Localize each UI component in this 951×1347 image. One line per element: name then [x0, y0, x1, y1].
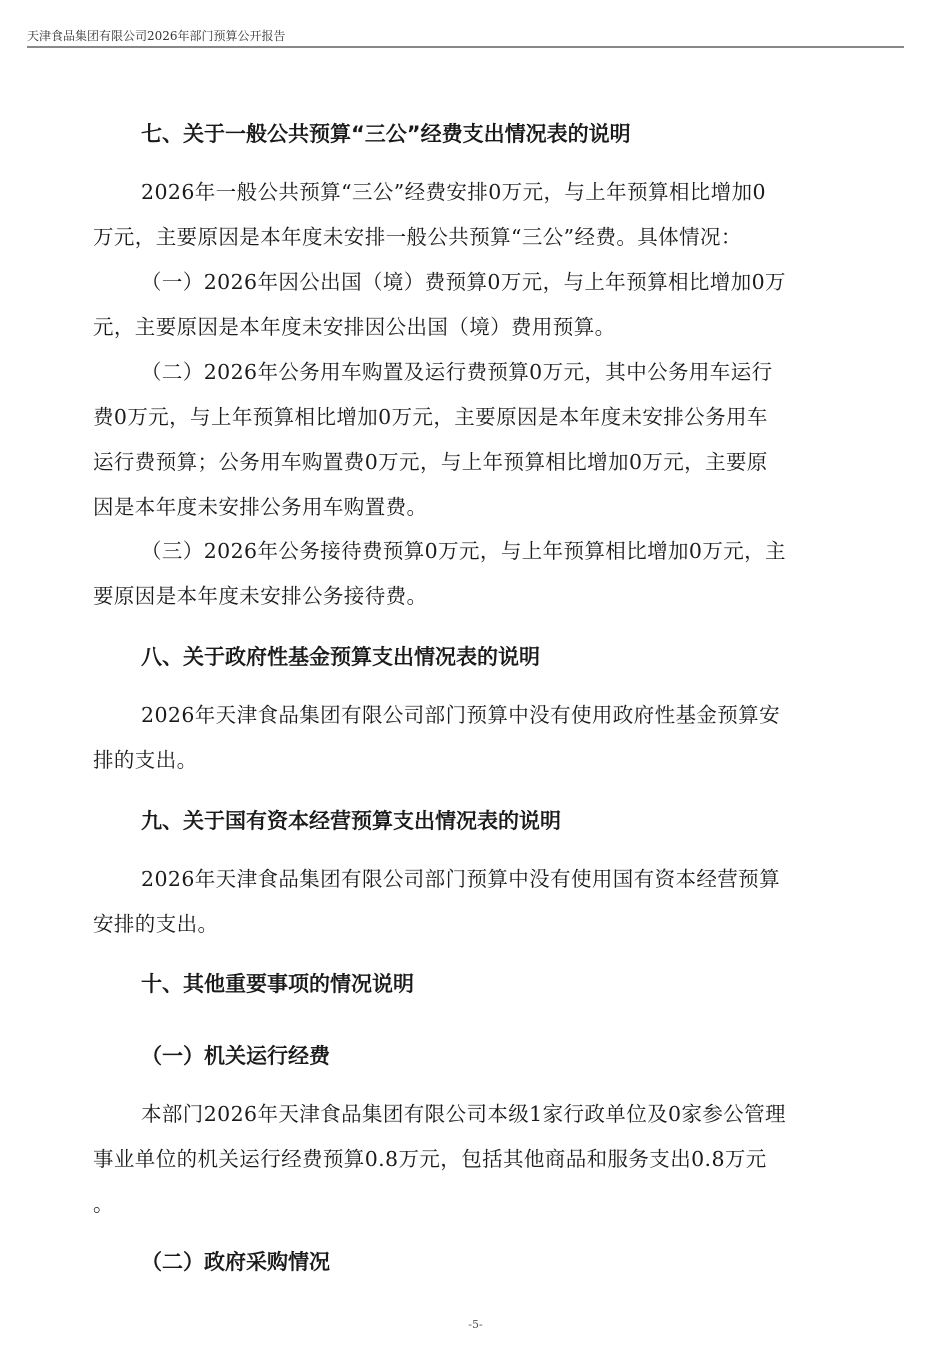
paragraph-line: 万元，主要原因是本年度未安排一般公共预算“三公”经费。具体情况：: [93, 215, 865, 260]
section-heading-7: 七、关于一般公共预算“三公”经费支出情况表的说明: [141, 118, 631, 148]
paragraph-state-capital: 2026年天津食品集团有限公司部门预算中没有使用国有资本经营预算 安排的支出。: [93, 857, 865, 947]
paragraph-line: 2026年一般公共预算“三公”经费安排0万元，与上年预算相比增加0: [93, 170, 865, 215]
paragraph-operating-expenses: 本部门2026年天津食品集团有限公司本级1家行政单位及0家参公管理 事业单位的机…: [93, 1092, 865, 1227]
section-heading-9: 九、关于国有资本经营预算支出情况表的说明: [141, 805, 561, 835]
paragraph-sangong-summary: 2026年一般公共预算“三公”经费安排0万元，与上年预算相比增加0 万元，主要原…: [93, 170, 865, 260]
paragraph-line: 2026年天津食品集团有限公司部门预算中没有使用政府性基金预算安: [93, 693, 865, 738]
paragraph-line: 费0万元，与上年预算相比增加0万元，主要原因是本年度未安排公务用车: [93, 395, 865, 440]
section-heading-8: 八、关于政府性基金预算支出情况表的说明: [141, 641, 540, 671]
paragraph-line: 2026年天津食品集团有限公司部门预算中没有使用国有资本经营预算: [93, 857, 865, 902]
paragraph-line: 事业单位的机关运行经费预算0.8万元，包括其他商品和服务支出0.8万元: [93, 1137, 865, 1182]
paragraph-line: （三）2026年公务接待费预算0万元，与上年预算相比增加0万元，主: [93, 529, 865, 574]
subsection-heading-procurement: （二）政府采购情况: [141, 1246, 330, 1276]
paragraph-line: 因是本年度未安排公务用车购置费。: [93, 485, 865, 530]
page-header: 天津食品集团有限公司2026年部门预算公开报告: [27, 28, 904, 44]
section-heading-10: 十、其他重要事项的情况说明: [141, 968, 414, 998]
paragraph-line: 运行费预算；公务用车购置费0万元，与上年预算相比增加0万元，主要原: [93, 440, 865, 485]
paragraph-official-vehicles: （二）2026年公务用车购置及运行费预算0万元，其中公务用车运行 费0万元，与上…: [93, 350, 865, 530]
paragraph-line: （二）2026年公务用车购置及运行费预算0万元，其中公务用车运行: [93, 350, 865, 395]
paragraph-line: 安排的支出。: [93, 902, 865, 947]
paragraph-line: （一）2026年因公出国（境）费预算0万元，与上年预算相比增加0万: [93, 260, 865, 305]
page-number: -5-: [0, 1318, 951, 1331]
document-title: 天津食品集团有限公司2026年部门预算公开报告: [27, 28, 904, 44]
header-divider: [27, 46, 904, 48]
paragraph-overseas-travel: （一）2026年因公出国（境）费预算0万元，与上年预算相比增加0万 元，主要原因…: [93, 260, 865, 350]
subsection-heading-operating-expenses: （一）机关运行经费: [141, 1040, 330, 1070]
paragraph-reception: （三）2026年公务接待费预算0万元，与上年预算相比增加0万元，主 要原因是本年…: [93, 529, 865, 619]
paragraph-line: 。: [93, 1182, 865, 1227]
paragraph-government-fund: 2026年天津食品集团有限公司部门预算中没有使用政府性基金预算安 排的支出。: [93, 693, 865, 783]
paragraph-line: 本部门2026年天津食品集团有限公司本级1家行政单位及0家参公管理: [93, 1092, 865, 1137]
paragraph-line: 排的支出。: [93, 738, 865, 783]
paragraph-line: 要原因是本年度未安排公务接待费。: [93, 574, 865, 619]
paragraph-line: 元，主要原因是本年度未安排因公出国（境）费用预算。: [93, 305, 865, 350]
